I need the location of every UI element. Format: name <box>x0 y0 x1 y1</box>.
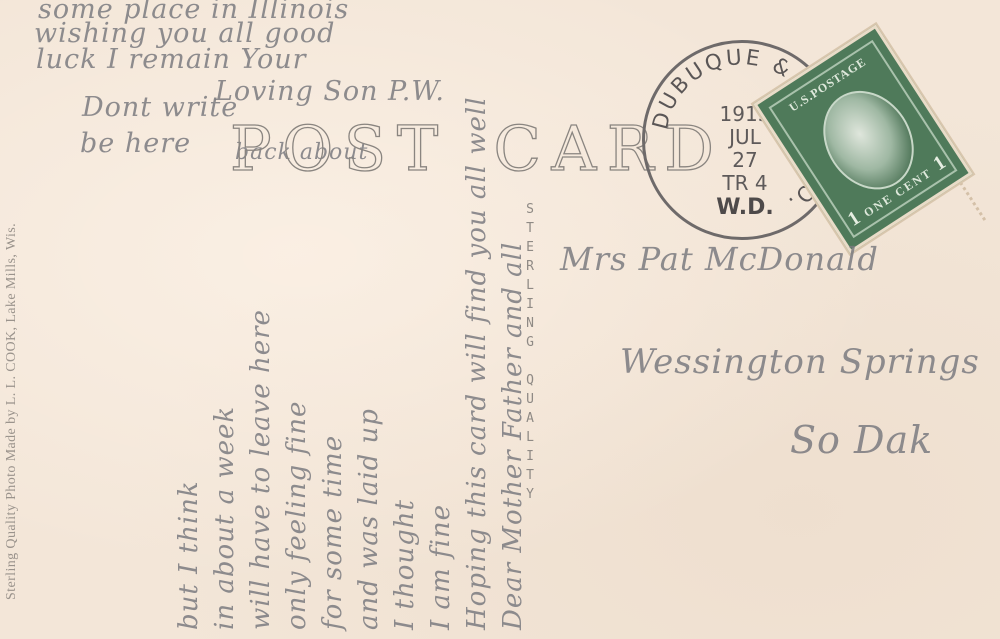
divider-letter: A <box>526 409 534 428</box>
divider-letter: Q <box>526 371 534 390</box>
postcard-back: some place in Illinois wishing you all g… <box>0 0 1000 639</box>
postmark-division: W.D. <box>705 195 785 220</box>
message-line: I am fine <box>426 504 456 630</box>
address-state: So Dak <box>790 418 933 462</box>
note-line: be here <box>80 128 191 159</box>
divider-letter: N <box>526 314 534 333</box>
address-name: Mrs Pat McDonald <box>560 240 879 278</box>
heading-letter: P <box>230 112 278 185</box>
divider-letter: E <box>526 238 534 257</box>
heading-letter: S <box>344 112 392 185</box>
note-line: Dont write <box>82 92 238 123</box>
heading-letter: A <box>552 112 603 185</box>
divider-letter: S <box>526 200 534 219</box>
message-line: will have to leave here <box>246 309 276 630</box>
message-line: luck I remain Your <box>36 44 307 75</box>
postmark-train: TR 4 <box>690 172 800 195</box>
message-line: only feeling fine <box>282 401 312 630</box>
printer-credit: Sterling Quality Photo Made by L. L. COO… <box>4 223 20 600</box>
divider-text: STERLING QUALITY <box>520 200 540 504</box>
divider-letter: Y <box>526 485 534 504</box>
divider-letter: U <box>526 390 534 409</box>
divider-letter: L <box>526 428 534 447</box>
address-city: Wessington Springs <box>620 342 980 382</box>
divider-letter: R <box>526 257 534 276</box>
divider-letter: I <box>526 447 534 466</box>
divider-letter: T <box>526 219 534 238</box>
signature: Loving Son P.W. <box>215 76 445 107</box>
divider-letter: G <box>526 333 534 352</box>
divider-letter: L <box>526 276 534 295</box>
divider-letter: I <box>526 295 534 314</box>
heading-letter: C <box>493 112 546 185</box>
message-line: but I think <box>174 480 204 630</box>
divider-letter: T <box>526 466 534 485</box>
message-line: I thought <box>390 499 420 630</box>
message-line: Hoping this card will find you all well <box>462 96 492 630</box>
message-line: for some time <box>318 435 348 630</box>
heading-letter: O <box>282 112 339 185</box>
divider-letter <box>526 352 534 371</box>
message-line: and was laid up <box>354 408 384 630</box>
message-line: in about a week <box>210 406 240 630</box>
heading-letter: T <box>397 112 444 185</box>
postmark-day: 27 <box>690 149 800 172</box>
